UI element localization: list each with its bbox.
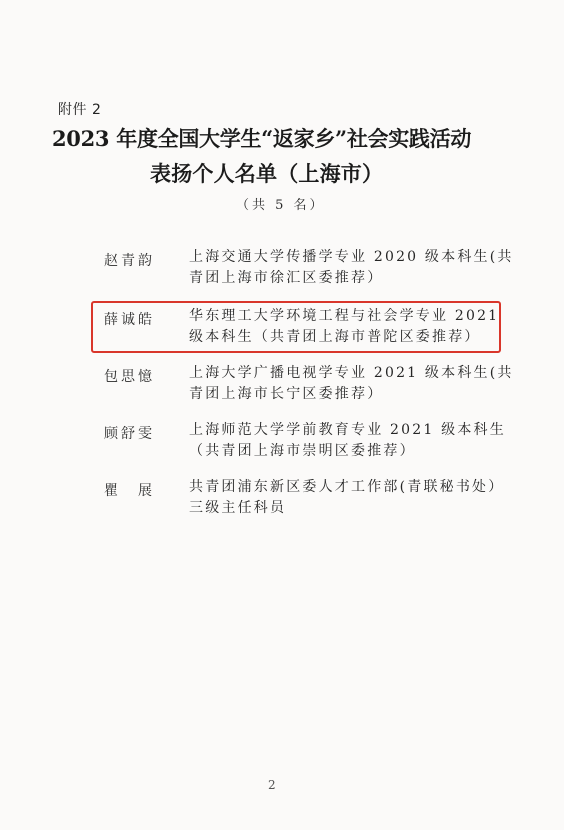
honoree-description: 上海大学广播电视学专业 2021 级本科生(共 青团上海市长宁区委推荐） — [189, 366, 504, 408]
honoree-description: 共青团浦东新区委人才工作部(青联秘书处） 三级主任科员 — [189, 480, 504, 522]
page-title-line-2: 表扬个人名单（上海市） — [150, 158, 383, 188]
highlight-box — [91, 301, 501, 353]
page-title-line-1: 2023 年度全国大学生“返家乡”社会实践活动 — [52, 123, 522, 153]
honoree-name: 瞿 展 — [104, 480, 155, 500]
honoree-description: 上海交通大学传播学专业 2020 级本科生(共 青团上海市徐汇区委推荐） — [189, 250, 504, 292]
honoree-name: 赵青韵 — [104, 250, 155, 270]
honoree-name: 包思憶 — [104, 366, 155, 386]
honoree-description: 上海师范大学学前教育专业 2021 级本科生 （共青团上海市崇明区委推荐） — [189, 423, 504, 465]
attachment-label: 附件 2 — [58, 99, 101, 119]
page-number: 2 — [268, 778, 276, 792]
total-count: （共 5 名） — [236, 194, 326, 213]
honoree-name: 顾舒雯 — [104, 423, 155, 443]
